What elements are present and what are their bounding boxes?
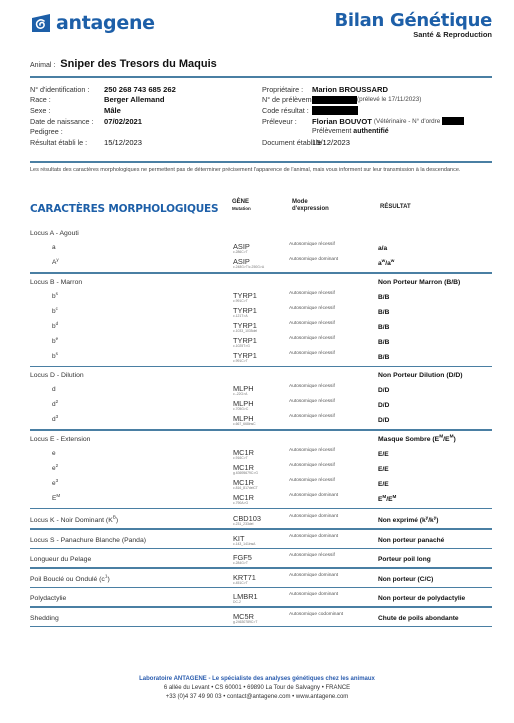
divider [30, 567, 492, 569]
divider [30, 76, 492, 78]
animal-info: N° d'identification :250 268 743 685 262… [30, 84, 176, 148]
table-row: bc TYRP1c.121T>A Autosomique récessif B/… [30, 304, 492, 319]
gene-cell: MC1Rc.916C>T [233, 447, 254, 460]
allele: be [52, 338, 58, 345]
locus-name: Locus E - Extension [30, 436, 90, 443]
expression-mode: Autosomique récessif [289, 321, 335, 326]
gene-cell: MC1Rc.816_817delCT [233, 477, 258, 490]
section-header: CARACTÈRES MORPHOLOGIQUES GÈNE Mutation … [30, 201, 492, 219]
logo-text: antagene [56, 12, 155, 34]
expression-mode: Autosomique récessif [289, 553, 335, 558]
divider [30, 587, 492, 589]
info-row: Pedigree : [30, 126, 176, 137]
gene-cell: ASIPc.286C>T [233, 241, 250, 254]
trait-name: Longueur du Pelage [30, 556, 91, 563]
collector-label: Préleveur : [262, 117, 312, 126]
code-label: Code résultat : [262, 106, 312, 115]
gene-cell: MC1Rc.790A>G [233, 492, 254, 505]
allele: bs [52, 293, 58, 300]
footer-contact: +33 (0)4 37 49 90 03 • contact@antagene.… [0, 693, 514, 702]
column-mode: Mode d'expression [292, 199, 329, 212]
divider [30, 528, 492, 530]
locus-name: Locus D - Dilution [30, 372, 84, 379]
mutation: c.816_817delCT [233, 486, 258, 490]
info-value: 15/12/2023 [104, 138, 142, 147]
genotype-result: D/D [378, 387, 389, 394]
expression-mode: Autosomique récessif [289, 291, 335, 296]
expression-mode: Autosomique dominant [289, 534, 338, 539]
gene-cell: MC1Rg.63695679C>G [233, 462, 258, 475]
locus-header: Locus B - MarronNon Porteur Marron (B/B) [30, 277, 492, 289]
animal-name: Sniper des Tresors du Maquis [60, 58, 217, 70]
report-header: antagene Bilan Génétique Santé & Reprodu… [0, 0, 514, 52]
expression-mode: Autosomique récessif [289, 399, 335, 404]
authentic-value: authentifié [353, 128, 388, 135]
allele: e2 [52, 465, 58, 472]
collector-name: Florian BOUVOT [312, 117, 372, 126]
genotype-result: E/E [378, 481, 389, 488]
divider [30, 606, 492, 608]
mutation: c.286C>T [233, 250, 250, 254]
gene-cell: TYRP1c.121T>A [233, 305, 257, 318]
locus-header: Locus D - DilutionNon Porteur Dilution (… [30, 370, 492, 382]
footer: Laboratoire ANTAGENE - Le spécialiste de… [0, 675, 514, 702]
info-label: Résultat établi le : [30, 138, 104, 147]
section-title: CARACTÈRES MORPHOLOGIQUES [30, 203, 218, 215]
column-gene-label: GÈNE [232, 199, 249, 205]
table-row: EM MC1Rc.790A>G Autosomique dominant EM/… [30, 491, 492, 506]
gene-cell: FGF5c.284G>T [233, 552, 252, 565]
trait-row: Locus S - Panachure Blanche (Panda) KITc… [30, 532, 492, 548]
expression-mode: Autosomique dominant [289, 573, 338, 578]
antagene-logo-icon [30, 12, 52, 34]
expression-mode: Autosomique dominant [289, 493, 338, 498]
sample-note: (prélevé le 17/11/2023) [357, 96, 421, 103]
document-date-value: 15/12/2023 [312, 138, 350, 147]
allele: bs [52, 353, 58, 360]
disclaimer-text: Les résultats des caractères morphologiq… [30, 167, 490, 174]
gene-cell: MC5Rg.24630789C>T [233, 611, 257, 624]
table-row: d3 MLPHc.667_668insC Autosomique récessi… [30, 412, 492, 427]
gene-cell: LMBR1DC-2 [233, 591, 258, 604]
table-row: e2 MC1Rg.63695679C>G Autosomique récessi… [30, 461, 492, 476]
allele: a [52, 244, 56, 251]
results-table: Locus A - Agouti a ASIPc.286C>T Autosomi… [30, 228, 492, 629]
trait-result: Chute de poils abondante [378, 615, 459, 622]
genotype-result: aw/aw [378, 260, 394, 267]
trait-result: Porteur poil long [378, 556, 431, 563]
document-title: Bilan Génétique [335, 10, 492, 31]
allele: e [52, 450, 56, 457]
gene-cell: TYRP1c.991C>T [233, 350, 257, 363]
genotype-result: EM/EM [378, 496, 396, 503]
genotype-result: E/E [378, 466, 389, 473]
trait-row: Locus K - Noir Dominant (KB) CBD103c.231… [30, 512, 492, 528]
table-row: bs TYRP1c.991C>T Autosomique récessif B/… [30, 289, 492, 304]
gene-cell: ASIPc.248G>T/c.250G>A [233, 256, 264, 269]
owner-label: Propriétaire : [262, 85, 312, 94]
sample-info: Propriétaire :Marion BROUSSARD N° de pré… [262, 84, 464, 148]
redacted-block [312, 96, 357, 104]
locus-name: Locus B - Marron [30, 279, 82, 286]
mutation: g.63695679C>G [233, 471, 258, 475]
info-row: N° d'identification :250 268 743 685 262 [30, 84, 176, 95]
column-mutation-label: Mutation [232, 206, 251, 211]
expression-mode: Autosomique codominant [289, 612, 343, 617]
trait-name: Polydactylie [30, 595, 66, 602]
document-subtitle: Santé & Reproduction [335, 30, 492, 39]
trait-name: Locus S - Panachure Blanche (Panda) [30, 537, 146, 544]
table-row: e MC1Rc.916C>T Autosomique récessif E/E [30, 446, 492, 461]
allele: d2 [52, 401, 58, 408]
table-row: d2 MLPHc.705G>C Autosomique récessif D/D [30, 397, 492, 412]
antagene-logo: antagene [30, 12, 155, 34]
allele: e3 [52, 480, 58, 487]
genotype-result: D/D [378, 417, 389, 424]
genotype-result: E/E [378, 451, 389, 458]
allele: d [52, 386, 56, 393]
authentic-prefix: Prélèvement [312, 128, 351, 135]
document-date-label: Document établi le : [262, 138, 312, 147]
info-label: Pedigree : [30, 127, 104, 136]
divider [30, 429, 492, 431]
gene-cell: TYRP1c.1025T>G [233, 335, 257, 348]
genotype-result: B/B [378, 309, 389, 316]
divider [30, 161, 492, 163]
divider [30, 272, 492, 274]
info-label: Race : [30, 95, 104, 104]
locus-name: Locus A - Agouti [30, 230, 79, 237]
expression-mode: Autosomique récessif [289, 351, 335, 356]
table-row: bs TYRP1c.991C>T Autosomique récessif B/… [30, 349, 492, 364]
footer-lab-line: Laboratoire ANTAGENE - Le spécialiste de… [0, 675, 514, 684]
expression-mode: Autosomique récessif [289, 242, 335, 247]
genotype-result: a/a [378, 245, 387, 252]
sample-label: N° de prélèvement : [262, 95, 312, 104]
trait-result: Non porteur de polydactylie [378, 595, 465, 602]
trait-name: Locus K - Noir Dominant (KB) [30, 517, 118, 524]
genotype-result: B/B [378, 354, 389, 361]
info-label: Sexe : [30, 106, 104, 115]
table-row: e3 MC1Rc.816_817delCT Autosomique récess… [30, 476, 492, 491]
gene-cell: KITc.143_141insA [233, 533, 255, 546]
expression-mode: Autosomique récessif [289, 448, 335, 453]
genotype-result: D/D [378, 402, 389, 409]
trait-row: Polydactylie LMBR1DC-2 Autosomique domin… [30, 590, 492, 606]
trait-result: Non porteur (C/C) [378, 576, 433, 583]
allele: Ay [52, 259, 59, 266]
info-value: Berger Allemand [104, 95, 165, 104]
locus-header: Locus A - Agouti [30, 228, 492, 240]
divider [30, 508, 492, 510]
column-result: RÉSULTAT [380, 204, 411, 211]
trait-name: Shedding [30, 615, 59, 622]
table-row: Ay ASIPc.248G>T/c.250G>A Autosomique dom… [30, 255, 492, 270]
footer-address: 6 allée du Levant • CS 60001 • 69890 La … [0, 684, 514, 693]
mutation: c.1033_1035del [233, 329, 257, 333]
mutation: c.143_141insA [233, 542, 255, 546]
info-row: Date de naissance :07/02/2021 [30, 116, 176, 127]
locus-summary: Masque Sombre (EM/EM) [378, 436, 456, 443]
info-row: Race :Berger Allemand [30, 95, 176, 106]
divider [30, 366, 492, 368]
info-label: N° d'identification : [30, 85, 104, 94]
info-value: 250 268 743 685 262 [104, 85, 176, 94]
expression-mode: Autosomique récessif [289, 336, 335, 341]
table-row: be TYRP1c.1025T>G Autosomique récessif B… [30, 334, 492, 349]
allele: EM [52, 495, 60, 502]
allele: bc [52, 308, 58, 315]
mutation: c.248G>T/c.250G>A [233, 265, 264, 269]
info-value: 07/02/2021 [104, 117, 142, 126]
table-row: a ASIPc.286C>T Autosomique récessif a/a [30, 240, 492, 255]
gene-cell: MLPHc.705G>C [233, 398, 254, 411]
table-row: bd TYRP1c.1033_1035del Autosomique réces… [30, 319, 492, 334]
collector-note: (Vétérinaire - N° d'ordre [374, 118, 440, 125]
trait-result: Non porteur panaché [378, 537, 444, 544]
info-value: Mâle [104, 106, 121, 115]
gene-cell: CBD103c.231_233del [233, 513, 261, 526]
expression-mode: Autosomique récessif [289, 306, 335, 311]
genotype-result: B/B [378, 294, 389, 301]
column-mode-label-2: d'expression [292, 206, 329, 212]
locus-summary: Non Porteur Dilution (D/D) [378, 372, 463, 379]
locus-header: Locus E - ExtensionMasque Sombre (EM/EM) [30, 434, 492, 446]
mutation: g.24630789C>T [233, 620, 257, 624]
info-label: Date de naissance : [30, 117, 104, 126]
expression-mode: Autosomique récessif [289, 478, 335, 483]
info-row: Résultat établi le :15/12/2023 [30, 137, 176, 148]
column-gene: GÈNE Mutation [232, 199, 251, 212]
trait-row: Poil Bouclé ou Ondulé (c1) KRT71c.451C>T… [30, 571, 492, 587]
expression-mode: Autosomique récessif [289, 463, 335, 468]
mutation: c.667_668insC [233, 422, 256, 426]
trait-row: Longueur du Pelage FGF5c.284G>T Autosomi… [30, 551, 492, 567]
gene-cell: TYRP1c.991C>T [233, 290, 257, 303]
animal-line: Animal : Sniper des Tresors du Maquis [30, 58, 217, 70]
expression-mode: Autosomique dominant [289, 592, 338, 597]
animal-label: Animal : [30, 62, 55, 69]
allele: d3 [52, 416, 58, 423]
divider [30, 626, 492, 628]
title-block: Bilan Génétique Santé & Reproduction [335, 10, 492, 39]
trait-result: Non exprimé (ky/ky) [378, 517, 439, 524]
gene-cell: KRT71c.451C>T [233, 572, 256, 585]
expression-mode: Autosomique récessif [289, 414, 335, 419]
expression-mode: Autosomique récessif [289, 384, 335, 389]
expression-mode: Autosomique dominant [289, 514, 338, 519]
info-row: Sexe :Mâle [30, 105, 176, 116]
gene-cell: TYRP1c.1033_1035del [233, 320, 257, 333]
trait-name: Poil Bouclé ou Ondulé (c1) [30, 576, 110, 583]
table-row: d MLPHc.-22G>A Autosomique récessif D/D [30, 382, 492, 397]
trait-row: Shedding MC5Rg.24630789C>T Autosomique c… [30, 610, 492, 626]
owner-value: Marion BROUSSARD [312, 85, 388, 94]
allele: bd [52, 323, 58, 330]
redacted-block [442, 117, 464, 125]
genotype-result: B/B [378, 339, 389, 346]
locus-summary: Non Porteur Marron (B/B) [378, 279, 460, 286]
genotype-result: B/B [378, 324, 389, 331]
gene-cell: MLPHc.667_668insC [233, 413, 256, 426]
column-mode-label: Mode [292, 199, 308, 205]
divider [30, 548, 492, 550]
gene-cell: MLPHc.-22G>A [233, 383, 254, 396]
redacted-block [312, 106, 358, 115]
expression-mode: Autosomique dominant [289, 257, 338, 262]
